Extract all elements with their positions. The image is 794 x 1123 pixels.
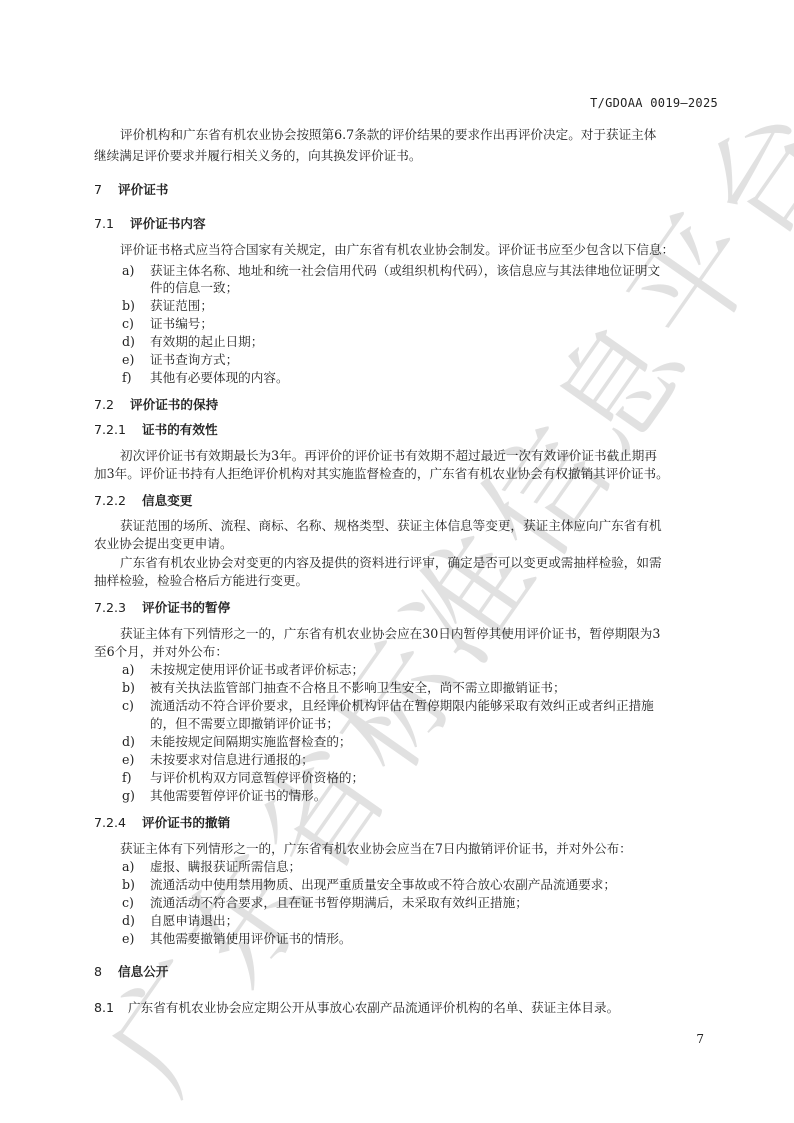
list-marker: b) (122, 877, 135, 893)
section-7-heading: 7评价证书 (94, 182, 168, 198)
section-number: 7.2.1 (94, 422, 142, 438)
list-text: 证书编号； (150, 316, 213, 332)
section-text: 广东省有机农业协会应定期公开从事放心农副产品流通评价机构的名单、获证主体目录。 (128, 1000, 619, 1015)
paragraph-line: 至6个月，并对外公布： (94, 644, 228, 660)
section-7-2-heading: 7.2评价证书的保持 (94, 397, 218, 413)
list-text: 证书查询方式； (150, 352, 238, 368)
section-title: 评价证书的保持 (130, 397, 218, 412)
section-number: 8.1 (94, 1000, 128, 1016)
standard-code: T/GDOAA 0019—2025 (590, 96, 718, 110)
list-marker: e) (122, 752, 134, 768)
list-marker: d) (122, 913, 135, 929)
section-7-1-heading: 7.1评价证书内容 (94, 216, 206, 232)
list-text: 流通活动不符合要求，且在证书暂停期满后，未采取有效纠正措施； (150, 895, 528, 911)
list-marker: a) (122, 859, 134, 875)
list-marker: e) (122, 352, 134, 368)
paragraph: 评价证书格式应当符合国家有关规定，由广东省有机农业协会制发。评价证书应至少包含以… (120, 242, 674, 258)
list-text: 自愿申请退出； (150, 913, 238, 929)
list-text: 被有关执法监管部门抽查不合格且不影响卫生安全，尚不需立即撤销证书； (150, 680, 566, 696)
page-number: 7 (696, 1032, 704, 1046)
list-marker: b) (122, 680, 135, 696)
section-7-2-4-heading: 7.2.4评价证书的撤销 (94, 815, 230, 831)
list-text: 未按规定使用评价证书或者评价标志； (150, 662, 364, 678)
list-text: 流通活动不符合评价要求，且经评价机构评估在暂停期限内能够采取有效纠正或者纠正措施 (150, 698, 654, 714)
section-title: 信息公开 (118, 964, 168, 979)
section-title: 评价证书内容 (130, 216, 206, 231)
section-7-2-2-heading: 7.2.2信息变更 (94, 493, 192, 509)
list-marker: e) (122, 931, 134, 947)
section-number: 7.2 (94, 397, 130, 413)
paragraph-line: 获证范围的场所、流程、商标、名称、规格类型、获证主体信息等变更，获证主体应向广东… (120, 518, 662, 534)
list-marker: a) (122, 662, 134, 678)
section-number: 7 (94, 182, 118, 198)
paragraph-line: 抽样检验，检验合格后方能进行变更。 (94, 573, 308, 589)
document-page: 广东省标准信息平台 T/GDOAA 0019—2025 评价机构和广东省有机农业… (0, 0, 794, 1123)
section-8-1: 8.1广东省有机农业协会应定期公开从事放心农副产品流通评价机构的名单、获证主体目… (94, 1000, 619, 1016)
section-title: 评价证书的撤销 (142, 815, 230, 830)
list-text: 虚报、瞒报获证所需信息； (150, 859, 301, 875)
list-text: 有效期的起止日期； (150, 334, 263, 350)
list-marker: d) (122, 734, 135, 750)
section-8-heading: 8信息公开 (94, 964, 168, 980)
section-number: 7.2.3 (94, 600, 142, 616)
paragraph-line: 初次评价证书有效期最长为3年。再评价的评价证书有效期不超过最近一次有效评价证书截… (120, 448, 657, 464)
list-marker: a) (122, 263, 134, 279)
list-text: 其他有必要体现的内容。 (150, 370, 289, 386)
list-marker: f) (122, 370, 132, 386)
section-number: 7.2.4 (94, 815, 142, 831)
section-7-2-1-heading: 7.2.1证书的有效性 (94, 422, 218, 438)
section-7-2-3-heading: 7.2.3评价证书的暂停 (94, 600, 230, 616)
paragraph-line: 广东省有机农业协会对变更的内容及提供的资料进行评审，确定是否可以变更或需抽样检验… (120, 555, 662, 571)
list-text: 未能按规定间隔期实施监督检查的； (150, 734, 352, 750)
paragraph-line: 获证主体有下列情形之一的，广东省有机农业协会应在30日内暂停其使用评价证书，暂停… (120, 626, 660, 642)
section-number: 7.1 (94, 216, 130, 232)
list-marker: d) (122, 334, 135, 350)
list-marker: g) (122, 788, 135, 804)
list-text: 获证主体名称、地址和统一社会信用代码（或组织机构代码），该信息应与其法律地位证明… (150, 263, 660, 279)
list-text: 获证范围； (150, 298, 213, 314)
intro-line-1: 评价机构和广东省有机农业协会按照第6.7条款的评价结果的要求作出再评价决定。对于… (120, 127, 656, 143)
section-title: 评价证书 (118, 182, 168, 197)
paragraph-line: 加3年。评价证书持有人拒绝评价机构对其实施监督检查的，广东省有机农业协会有权撤销… (94, 466, 669, 482)
list-item-continuation: 的，但不需要立即撤销评价证书； (150, 716, 339, 732)
section-title: 评价证书的暂停 (142, 600, 230, 615)
paragraph-line: 农业协会提出变更申请。 (94, 536, 233, 552)
list-item-continuation: 件的信息一致； (150, 280, 238, 296)
section-number: 7.2.2 (94, 493, 142, 509)
list-marker: c) (122, 316, 134, 332)
list-marker: c) (122, 895, 134, 911)
section-title: 信息变更 (142, 493, 192, 508)
list-text: 流通活动中使用禁用物质、出现严重质量安全事故或不符合放心农副产品流通要求； (150, 877, 616, 893)
list-text: 其他需要暂停评价证书的情形。 (150, 788, 326, 804)
paragraph: 获证主体有下列情形之一的，广东省有机农业协会应当在7日内撤销评价证书，并对外公布… (120, 841, 632, 857)
section-title: 证书的有效性 (142, 422, 218, 437)
list-marker: c) (122, 698, 134, 714)
list-text: 未按要求对信息进行通报的； (150, 752, 314, 768)
list-text: 其他需要撤销使用评价证书的情形。 (150, 931, 352, 947)
section-number: 8 (94, 964, 118, 980)
intro-line-2: 继续满足评价要求并履行相关义务的，向其换发评价证书。 (94, 148, 421, 164)
list-marker: b) (122, 298, 135, 314)
list-marker: f) (122, 770, 132, 786)
list-text: 与评价机构双方同意暂停评价资格的； (150, 770, 364, 786)
